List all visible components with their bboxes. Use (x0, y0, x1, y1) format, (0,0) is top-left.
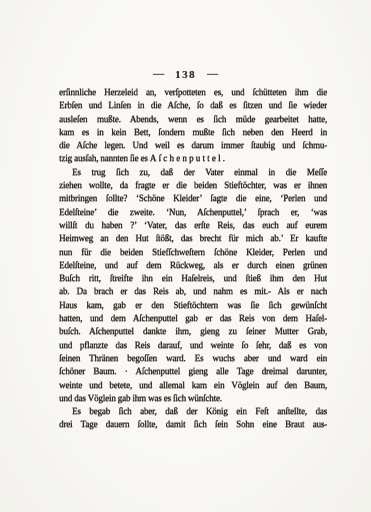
text-line: ſchöner Baum. · Aſchenputtel gieng alle … (59, 365, 327, 378)
text-run: weinte und betete, und allemal kam ein V… (59, 380, 327, 390)
text-run: ſchöner Baum. · Aſchenputtel gieng alle … (59, 366, 327, 376)
text-line: mitbringen ſollte? ‘Schöne Kleider’ ſagt… (59, 192, 327, 205)
text-run: und das Vöglein gab ihm was es ſich wünſ… (59, 393, 222, 403)
text-run: Haus kam, gab er den Stieftöchtern was ſ… (59, 300, 327, 310)
text-line: Heimweg an den Hut ſtößt, das brecht für… (59, 232, 327, 245)
text-run: Erbſen und Linſen in die Aſche, ſo daß e… (59, 100, 327, 110)
text-run: hatten, und dem Aſchenputtel gab er das … (59, 313, 327, 323)
text-run: Buſch ritt, ſtreifte ihn ein Haſelreis, … (59, 273, 327, 283)
text-line: willſt du haben ?’ ‘Vater, das erſte Rei… (59, 219, 327, 232)
text-run: ab. Da brach er das Reis ab, und nahm es… (59, 286, 327, 296)
text-run: Heimweg an den Hut ſtößt, das brecht für… (59, 233, 327, 243)
text-line: nun für die beiden Stiefſchweſtern ſchön… (59, 246, 327, 259)
text-run: mitbringen ſollte? ‘Schöne Kleider’ ſagt… (59, 193, 327, 203)
text-line: erſinnliche Herzeleid an, verſpotteten e… (59, 86, 327, 99)
text-run: ſeinen Thränen begoſſen ward. Es wuchs a… (59, 353, 327, 363)
text-line: kam es in kein Bett, ſondern mußte ſich … (59, 126, 327, 139)
text-line: hatten, und dem Aſchenputtel gab er das … (59, 312, 327, 325)
text-line: Es begab ſich aber, daß der König ein Fe… (59, 405, 327, 418)
text-line: buſch. Aſchenputtel dankte ihm, gieng zu… (59, 325, 327, 338)
text-run: erſinnliche Herzeleid an, verſpotteten e… (59, 87, 327, 97)
text-line: Buſch ritt, ſtreifte ihn ein Haſelreis, … (59, 272, 327, 285)
text-line: tzig ausſah, nannten ſie es Aſchenputtel… (59, 152, 327, 165)
text-run: die Aſche legen. Und weil es darum immer… (59, 140, 327, 150)
text-line: Haus kam, gab er den Stieftöchtern was ſ… (59, 299, 327, 312)
body-text: erſinnliche Herzeleid an, verſpotteten e… (59, 86, 327, 432)
text-run: willſt du haben ?’ ‘Vater, das erſte Rei… (59, 220, 327, 230)
text-run: drei Tage dauern ſollte, damit ſich ſein… (59, 419, 327, 429)
text-line: Edelſteine, und auf dem Rückweg, als er … (59, 259, 327, 272)
text-line: ab. Da brach er das Reis ab, und nahm es… (59, 285, 327, 298)
text-run: . (223, 153, 225, 163)
text-line: Es trug ſich zu, daß der Vater einmal in… (59, 166, 327, 179)
text-line: ziehen wollte, da fragte er die beiden S… (59, 179, 327, 192)
text-run: ausleſen mußte. Abends, wenn es ſich müd… (59, 114, 327, 124)
header-right-dash: — (207, 68, 218, 80)
text-line: drei Tage dauern ſollte, damit ſich ſein… (59, 418, 327, 431)
text-run: nun für die beiden Stiefſchweſtern ſchön… (59, 247, 327, 257)
text-run: und pflanzte das Reis darauf, und weinte… (59, 340, 327, 350)
text-run: Es trug ſich zu, daß der Vater einmal in… (72, 167, 327, 177)
book-page: — 138 — erſinnliche Herzeleid an, verſpo… (0, 0, 371, 512)
header-left-dash: — (153, 68, 164, 80)
text-line: und pflanzte das Reis darauf, und weinte… (59, 339, 327, 352)
text-run: kam es in kein Bett, ſondern mußte ſich … (59, 127, 327, 137)
page-number: 138 (175, 69, 196, 81)
text-run: ziehen wollte, da fragte er die beiden S… (59, 180, 327, 190)
text-run: Edelſteine’ die zweite. ‘Nun, Aſchenputt… (59, 207, 327, 217)
text-line: weinte und betete, und allemal kam ein V… (59, 379, 327, 392)
text-line: Edelſteine’ die zweite. ‘Nun, Aſchenputt… (59, 206, 327, 219)
text-line: ſeinen Thränen begoſſen ward. Es wuchs a… (59, 352, 327, 365)
text-line: und das Vöglein gab ihm was es ſich wünſ… (59, 392, 327, 405)
text-run: Edelſteine, und auf dem Rückweg, als er … (59, 260, 327, 270)
text-run: tzig ausſah, nannten ſie es (59, 153, 150, 163)
page-header: — 138 — (0, 69, 371, 81)
text-line: Erbſen und Linſen in die Aſche, ſo daß e… (59, 99, 327, 112)
emphasized-word: Aſchenputtel (150, 153, 223, 163)
text-line: die Aſche legen. Und weil es darum immer… (59, 139, 327, 152)
text-run: buſch. Aſchenputtel dankte ihm, gieng zu… (59, 326, 327, 336)
text-line: ausleſen mußte. Abends, wenn es ſich müd… (59, 113, 327, 126)
text-run: Es begab ſich aber, daß der König ein Fe… (72, 406, 327, 416)
